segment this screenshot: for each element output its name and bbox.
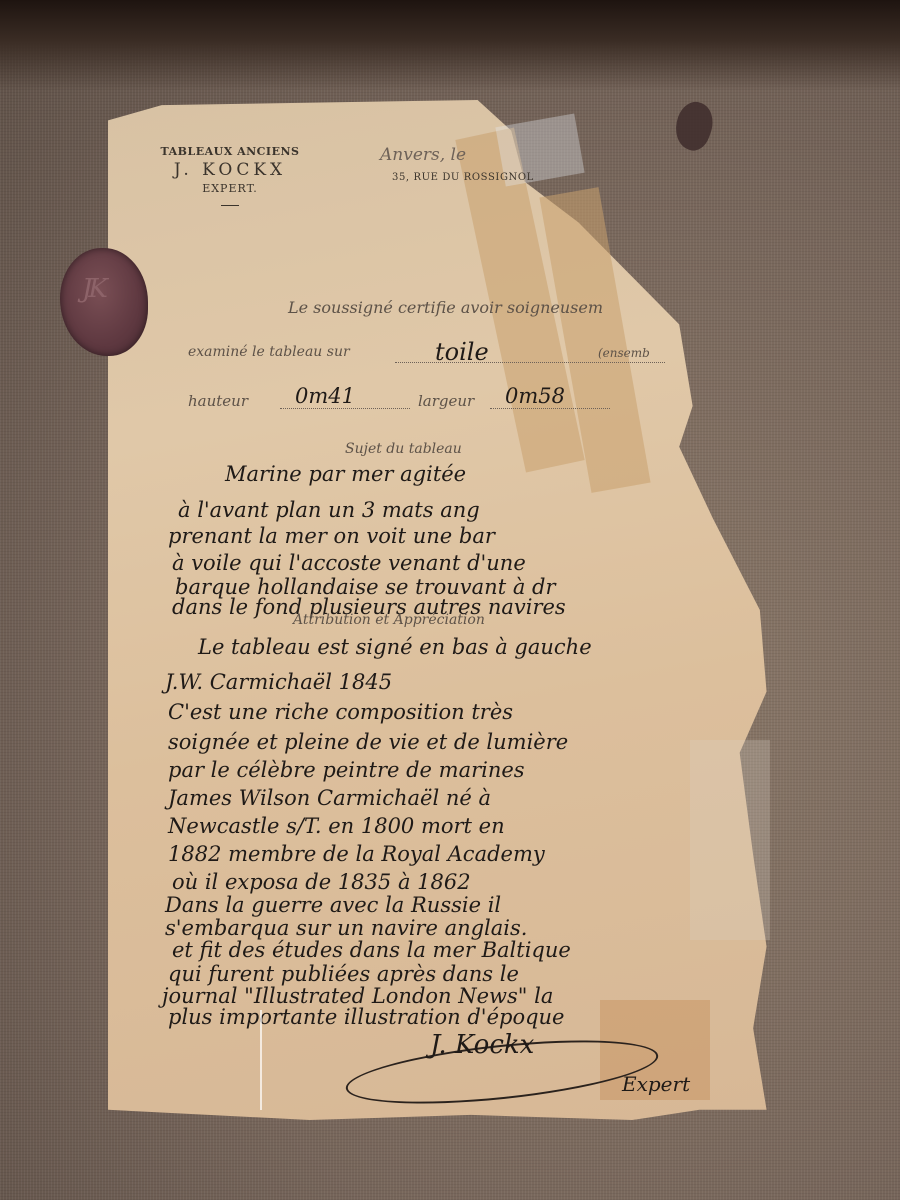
- attribution-line: 1882 membre de la Royal Academy: [168, 842, 545, 866]
- frame-shadow: [0, 0, 900, 90]
- attribution-line: soignée et pleine de vie et de lumière: [168, 730, 568, 754]
- attribution-line: par le célèbre peintre de marines: [168, 758, 525, 782]
- subject-line: prenant la mer on voit une bar: [168, 524, 495, 548]
- letterhead-rule: [221, 205, 239, 206]
- attribution-line: C'est une riche composition très: [168, 700, 513, 724]
- height-line: [280, 408, 410, 409]
- width-line: [490, 408, 610, 409]
- attribution-line: Dans la guerre avec la Russie il: [165, 893, 501, 917]
- letterhead-address: 35, RUE DU ROSSIGNOL: [392, 172, 534, 183]
- paper-fold: [260, 1010, 262, 1110]
- attribution-line: Le tableau est signé en bas à gauche: [198, 635, 592, 659]
- height-label: hauteur: [188, 392, 248, 410]
- examined-label: examiné le tableau sur: [188, 344, 350, 360]
- signature: J. Kockx: [430, 1030, 534, 1060]
- subject-line: Marine par mer agitée: [225, 462, 466, 486]
- repair-tape: [690, 740, 770, 940]
- letterhead: TABLEAUX ANCIENS J. KOCKX EXPERT.: [150, 145, 310, 206]
- attribution-line: Newcastle s/T. en 1800 mort en: [168, 814, 505, 838]
- attribution-line: plus importante illustration d'époque: [168, 1005, 565, 1029]
- subject-line: à voile qui l'accoste venant d'une: [172, 551, 526, 575]
- support-suffix: (ensemb: [598, 346, 650, 360]
- subject-line: à l'avant plan un 3 mats ang: [178, 498, 480, 522]
- attribution-line: où il exposa de 1835 à 1862: [172, 870, 471, 894]
- letterhead-place: Anvers, le: [380, 145, 466, 165]
- width-label: largeur: [418, 392, 474, 410]
- attribution-line: James Wilson Carmichaël né à: [168, 786, 491, 810]
- subject-heading: Sujet du tableau: [345, 441, 462, 457]
- height-value: 0m41: [295, 384, 355, 408]
- letterhead-name: J. KOCKX: [150, 160, 310, 180]
- attribution-heading: Attribution et Appréciation: [293, 612, 485, 628]
- attribution-line: et fit des études dans la mer Baltique: [172, 938, 571, 962]
- attribution-line: qui furent publiées après dans le: [168, 962, 519, 986]
- letterhead-trade: TABLEAUX ANCIENS: [150, 145, 310, 158]
- width-value: 0m58: [505, 384, 565, 408]
- certify-line: Le soussigné certifie avoir soigneusem: [288, 298, 603, 317]
- signature-title: Expert: [622, 1072, 690, 1096]
- seal-monogram: JK: [82, 274, 104, 304]
- attribution-line: J.W. Carmichaël 1845: [165, 670, 392, 694]
- letterhead-title: EXPERT.: [150, 182, 310, 195]
- attribution-line: s'embarqua sur un navire anglais.: [165, 916, 527, 940]
- support-value: toile: [435, 338, 489, 366]
